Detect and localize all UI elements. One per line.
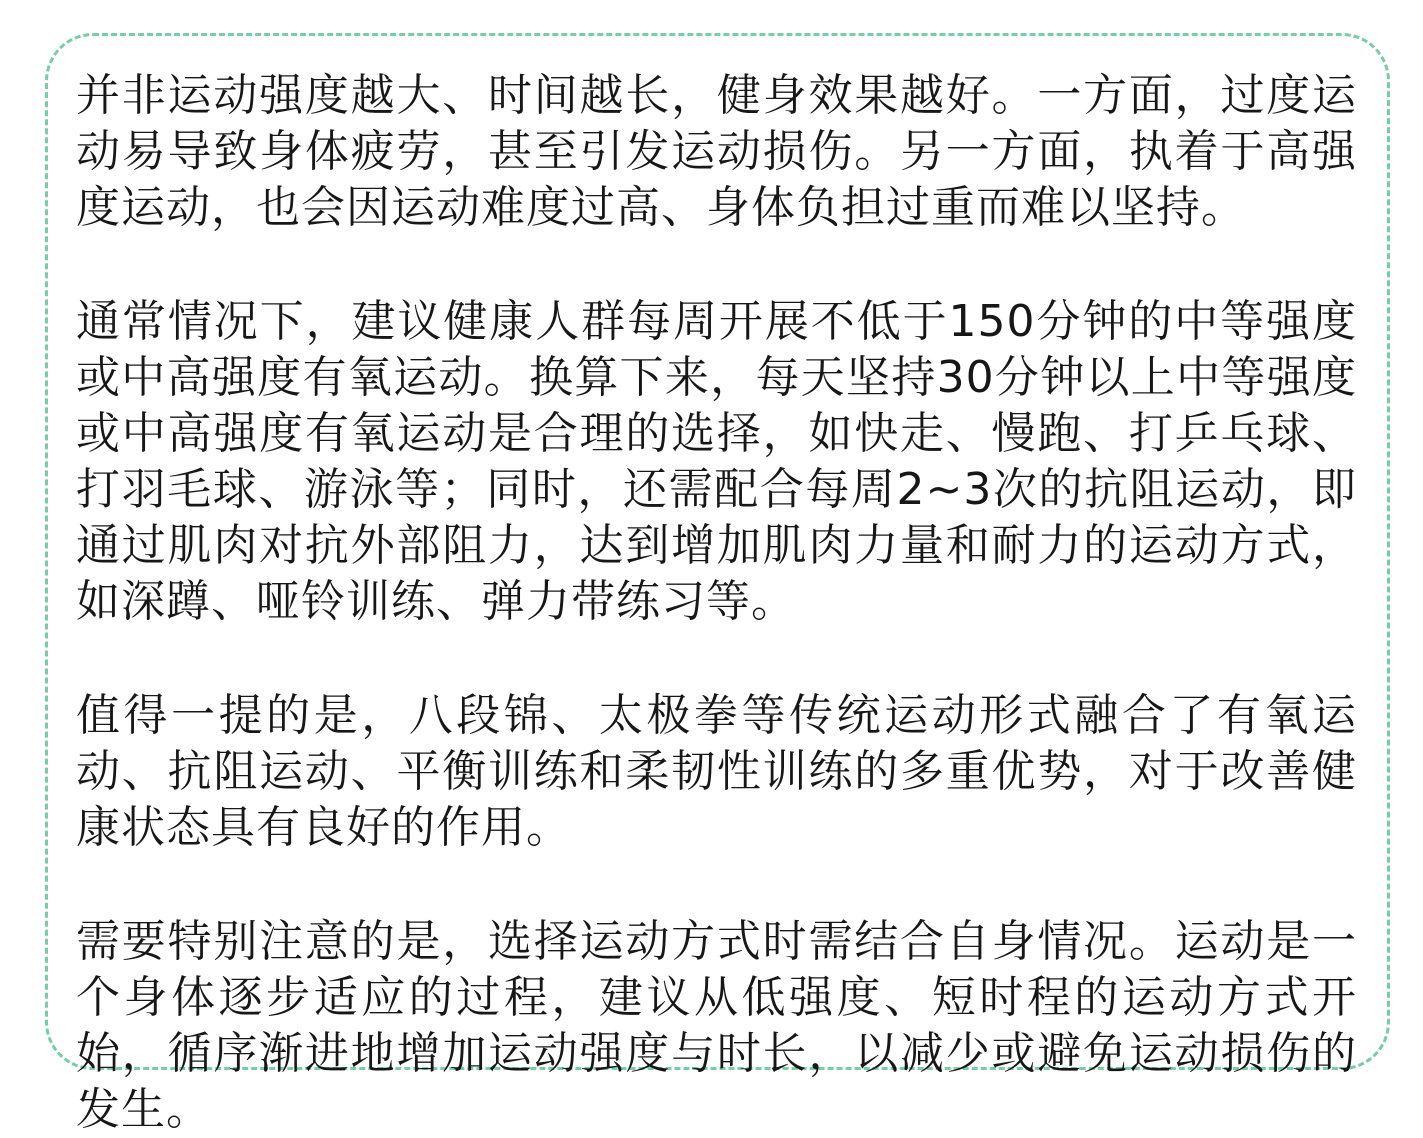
paragraph-traditional-exercise-benefits: 值得一提的是，八段锦、太极拳等传统运动形式融合了有氧运动、抗阻运动、平衡训练和柔… <box>76 688 1357 856</box>
paragraph-weekly-exercise-recommendation: 通常情况下，建议健康人群每周开展不低于150分钟的中等强度或中高强度有氧运动。换… <box>76 294 1357 630</box>
paragraph-overexercise-warning: 并非运动强度越大、时间越长，健身效果越好。一方面，过度运动易导致身体疲劳，甚至引… <box>76 68 1357 236</box>
paragraph-personal-condition-advice: 需要特别注意的是，选择运动方式时需结合自身情况。运动是一个身体逐步适应的过程，建… <box>76 914 1357 1080</box>
content-card: 并非运动强度越大、时间越长，健身效果越好。一方面，过度运动易导致身体疲劳，甚至引… <box>45 33 1390 1070</box>
